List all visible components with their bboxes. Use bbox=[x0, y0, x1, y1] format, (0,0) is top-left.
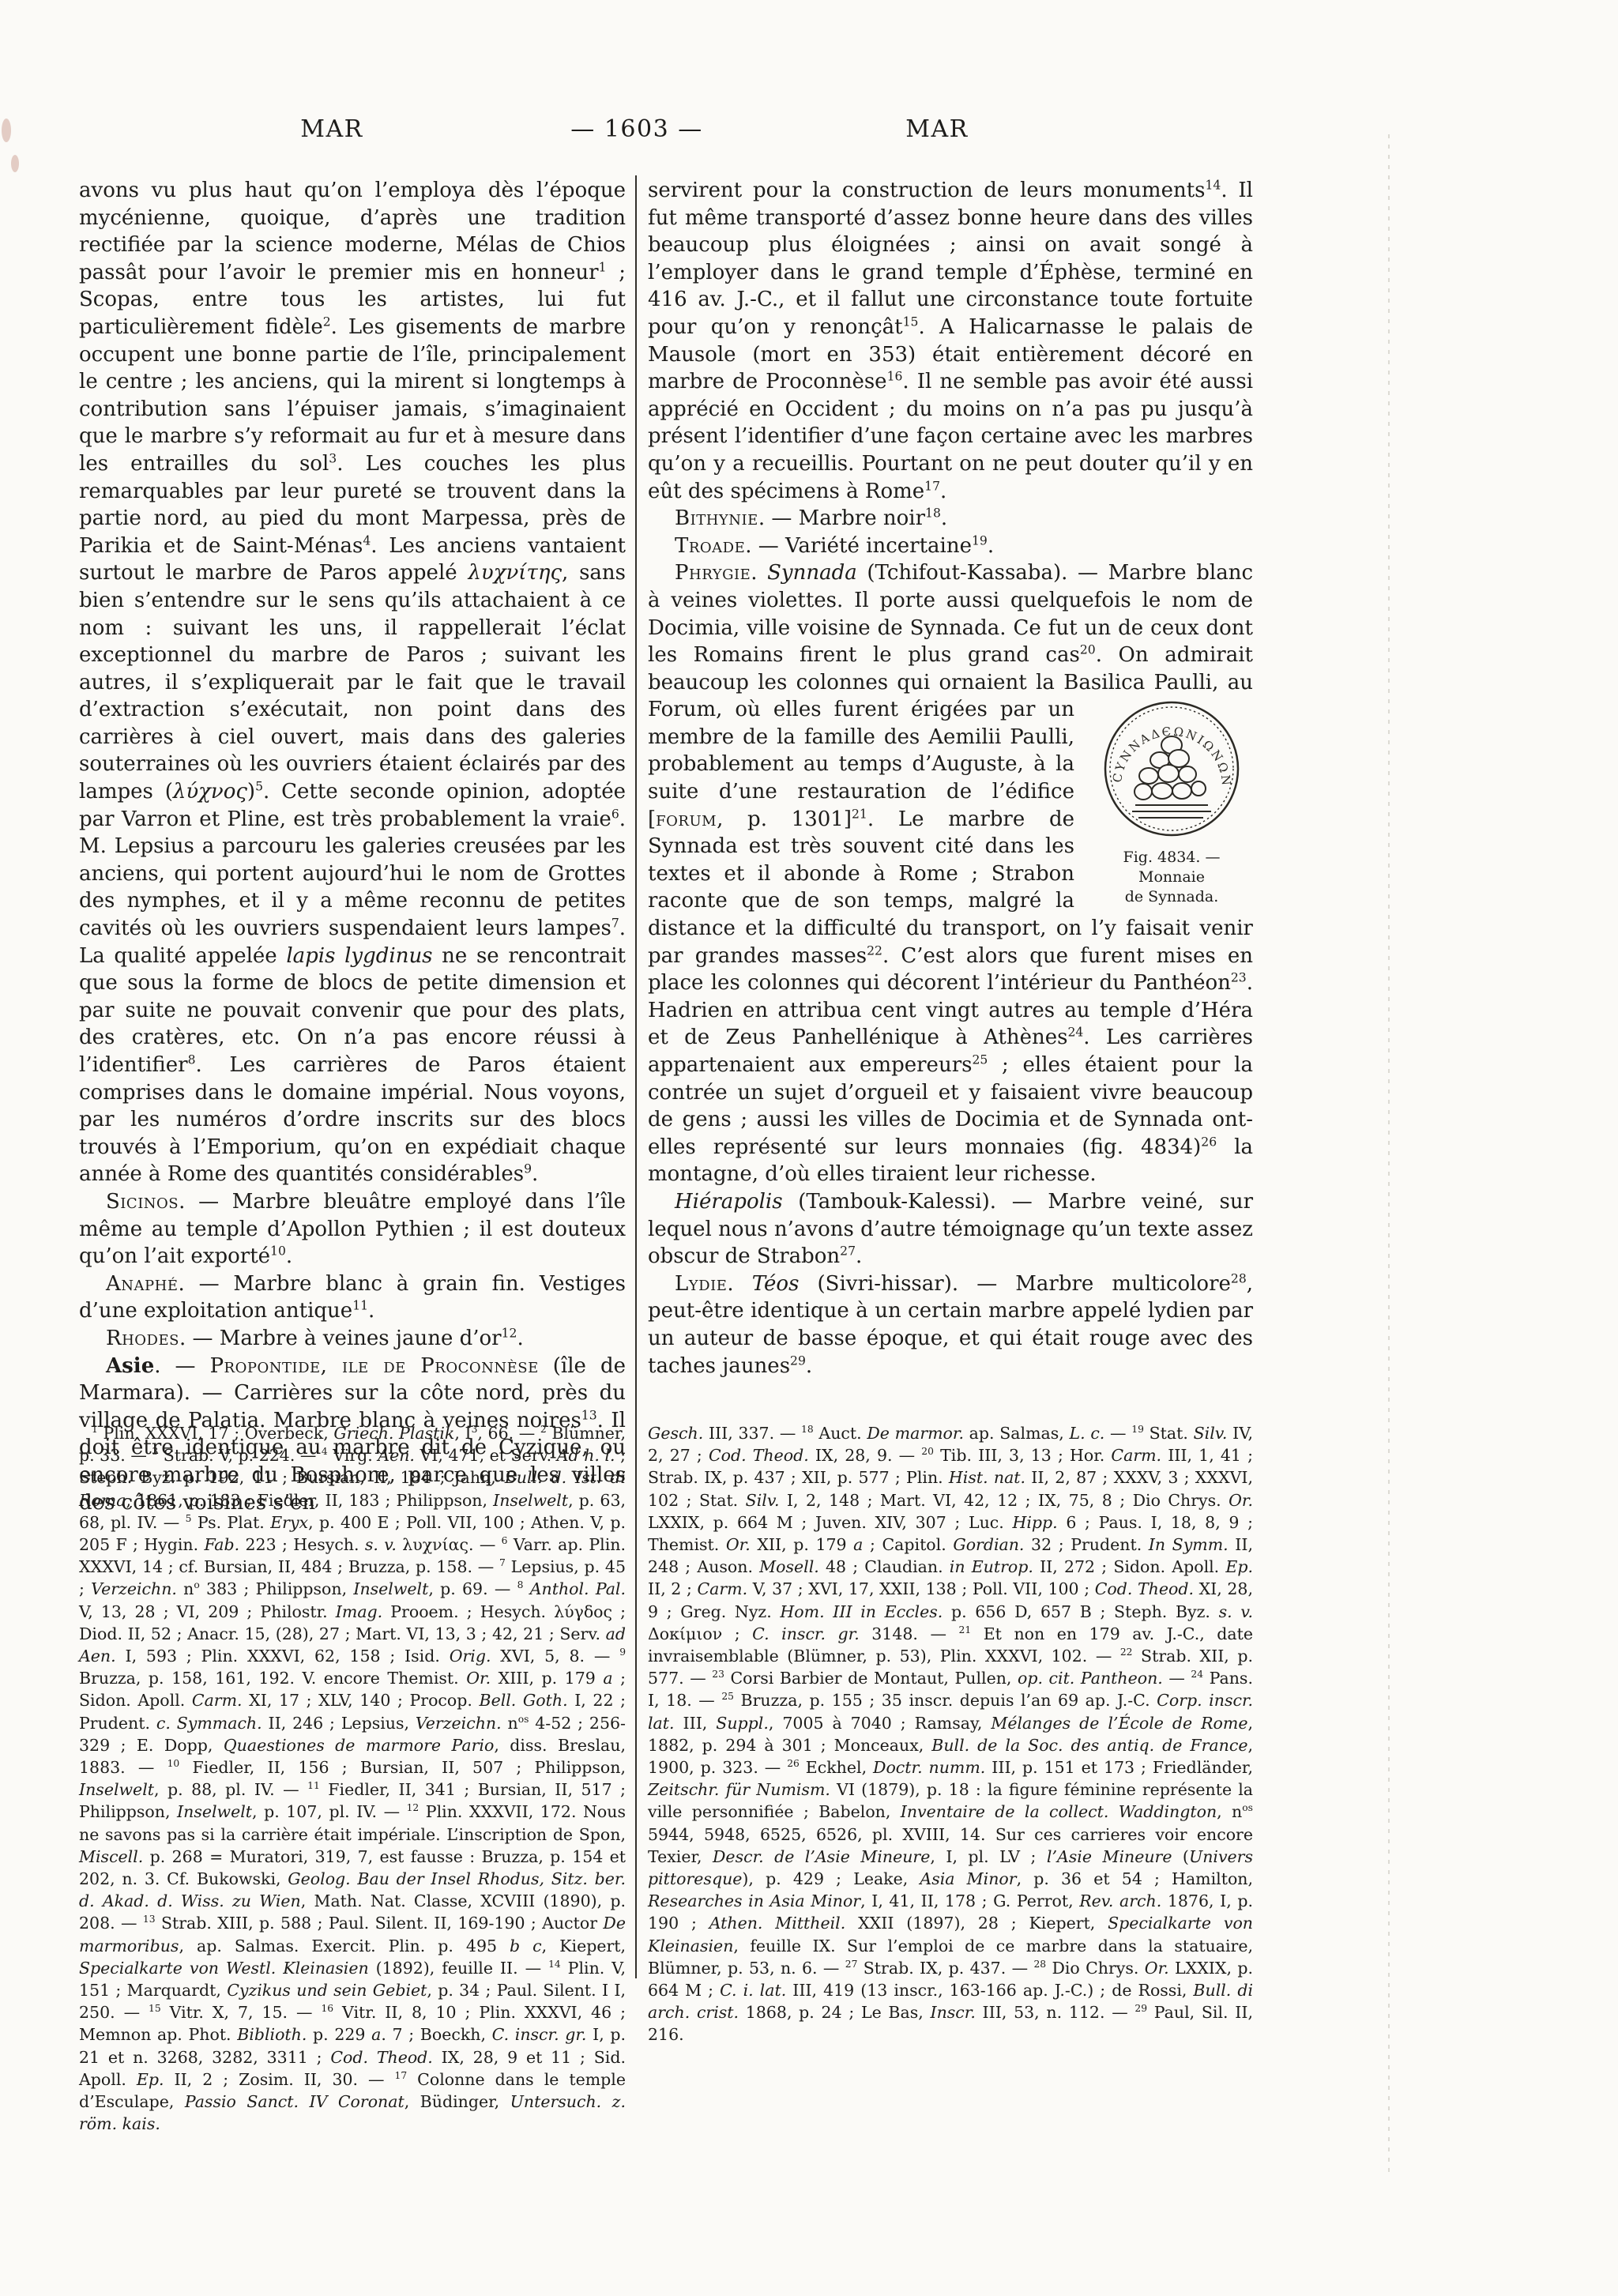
text-run: (1892), feuille II. — bbox=[369, 1959, 548, 1978]
text-run: — bbox=[1104, 1424, 1131, 1443]
paragraph: 1 Plin. XXXVI, 17 ; Overbeck, Griech. Pl… bbox=[79, 1422, 626, 2136]
text-run: Anaphé bbox=[106, 1272, 178, 1296]
page-fold-artifact bbox=[1388, 134, 1390, 2173]
text-run: Dio Chrys. bbox=[1046, 1959, 1145, 1978]
text-run: Passio Sanct. IV Coronat bbox=[185, 2092, 404, 2111]
text-run: I, 2, 148 ; Mart. VI, 42, 12 ; IX, 75, 8… bbox=[779, 1491, 1229, 1510]
text-run: . bbox=[940, 480, 946, 503]
footnote-reference: 18 bbox=[925, 506, 941, 520]
text-run: . bbox=[368, 1299, 374, 1323]
text-run: a bbox=[371, 2025, 381, 2044]
footnote-reference: 26 bbox=[1201, 1135, 1217, 1149]
paragraph: servirent pour la construction de leurs … bbox=[648, 177, 1253, 505]
paragraph: Anaphé. — Marbre blanc à grain fin. Vest… bbox=[79, 1270, 626, 1325]
text-run: s. v. bbox=[365, 1535, 397, 1554]
text-run: Silv. bbox=[746, 1491, 780, 1510]
text-run: I, 593 ; Plin. XXXVI, 62, 158 ; Isid. bbox=[116, 1647, 450, 1666]
text-run: Biblioth. bbox=[237, 2025, 307, 2044]
text-run: ap. Salmas, bbox=[964, 1424, 1070, 1443]
text-run: Verzeichn. bbox=[91, 1579, 177, 1598]
text-run: Téos bbox=[752, 1272, 800, 1296]
paragraph: Lydie. Téos (Sivri-hissar). — Marbre mul… bbox=[648, 1270, 1253, 1379]
text-run: Or. bbox=[726, 1535, 751, 1554]
footnote-reference: 2 bbox=[540, 1424, 547, 1435]
text-run: s. v. bbox=[1219, 1602, 1253, 1621]
text-run: Bull. de la Soc. des antiq. de France bbox=[931, 1736, 1247, 1755]
text-run: Or. bbox=[466, 1669, 491, 1688]
text-run: 383 ; Philippson, bbox=[200, 1579, 354, 1598]
text-run: Miscell. bbox=[79, 1847, 143, 1866]
text-run: C. inscr. gr. bbox=[752, 1624, 860, 1643]
text-run: lapis lygdinus bbox=[286, 944, 432, 968]
text-run: Fab. bbox=[204, 1535, 239, 1554]
footnote-reference: 4 bbox=[363, 533, 371, 548]
text-run: Hipp. bbox=[1012, 1513, 1057, 1532]
text-run: Suppl. bbox=[716, 1714, 769, 1733]
paragraph: Troade. — Variété incertaine19. bbox=[648, 533, 1253, 560]
footnote-reference: 24 bbox=[1191, 1669, 1203, 1680]
text-run: III, bbox=[675, 1714, 717, 1733]
text-run: 48 ; Claudian. bbox=[819, 1557, 950, 1576]
text-run: Fiedler, II, 156 ; Bursian, II, 507 ; Ph… bbox=[179, 1758, 626, 1777]
coin-image: CYNNAΔЄΩNIΩNΩN bbox=[1102, 698, 1241, 840]
text-run: De marmor. bbox=[867, 1424, 964, 1443]
text-run: ; Capitol. bbox=[863, 1535, 953, 1554]
text-run: Ps. Plat. bbox=[191, 1513, 270, 1532]
footnote-reference: 7 bbox=[499, 1557, 506, 1568]
footnote-reference: 15 bbox=[149, 2003, 161, 2014]
page-number: — 1603 — bbox=[570, 115, 702, 143]
text-run: Zeitschr. für Numism. bbox=[648, 1780, 830, 1799]
text-run: c. Symmach. bbox=[156, 1714, 262, 1733]
text-run: . bbox=[517, 1327, 523, 1350]
coin-base-lines bbox=[1132, 805, 1211, 818]
text-run: Hom. III in Eccles. bbox=[780, 1602, 943, 1621]
text-run: . bbox=[286, 1244, 292, 1268]
column-divider-rule bbox=[635, 175, 637, 1978]
text-run: servirent pour la construction de leurs … bbox=[648, 179, 1206, 202]
scanned-dictionary-page: MAR — 1603 — MAR avons vu plus haut qu’o… bbox=[0, 0, 1618, 2296]
text-run: , ap. Salmas. Exercit. Plin. p. 495 bbox=[179, 1937, 510, 1955]
text-run: Mosell. bbox=[759, 1557, 819, 1576]
text-run: Inscr. bbox=[930, 2003, 975, 2022]
text-run: Carm. bbox=[192, 1691, 243, 1710]
text-run: Bruzza, p. 158, 161, 192. V. encore Them… bbox=[79, 1669, 466, 1688]
text-run: in Eutrop. bbox=[950, 1557, 1033, 1576]
text-run: XII, p. 179 bbox=[751, 1535, 853, 1554]
text-run: forum bbox=[656, 807, 717, 831]
text-run: V, 13, 28 ; VI, 209 ; Philostr. bbox=[79, 1602, 336, 1621]
text-run: Or. bbox=[1145, 1959, 1169, 1978]
text-run: Asia Minor bbox=[920, 1869, 1016, 1888]
text-run: Vitr. X, 7, 15. — bbox=[161, 2003, 322, 2022]
text-run: Bell. Goth. bbox=[480, 1691, 568, 1710]
text-run: Carm. bbox=[1111, 1446, 1161, 1465]
footnote-reference: 22 bbox=[867, 943, 882, 958]
text-run: C. i. lat. bbox=[720, 1981, 786, 2000]
text-run: Hist. nat. bbox=[949, 1468, 1025, 1487]
text-run: , I, 41, II, 178 ; G. Perrot, bbox=[860, 1891, 1079, 1910]
footnote-reference: 17 bbox=[924, 479, 940, 493]
text-run: . bbox=[941, 506, 947, 530]
text-run: — bbox=[1163, 1669, 1191, 1688]
text-run: , 66. — bbox=[477, 1424, 540, 1443]
figure-caption-line1: Fig. 4834. — Monnaie bbox=[1090, 848, 1253, 887]
paragraph: Sicinos. — Marbre bleuâtre employé dans … bbox=[79, 1188, 626, 1270]
footnote-reference: 25 bbox=[972, 1052, 988, 1067]
text-run: . — Marbre noir bbox=[758, 506, 925, 530]
text-run: Inselwelt bbox=[493, 1491, 568, 1510]
text-run: , p. 1301] bbox=[717, 807, 852, 831]
text-run: ) bbox=[247, 780, 255, 804]
text-run: Eryx bbox=[270, 1513, 308, 1532]
footnote-reference: 20 bbox=[1080, 642, 1096, 657]
text-run: Eckhel, bbox=[800, 1758, 873, 1777]
footnote-reference: 16 bbox=[321, 2003, 333, 2014]
text-run: . bbox=[988, 534, 994, 558]
text-run: III, 419 (13 inscr., 163-166 ap. J.-C.) … bbox=[786, 1981, 1193, 2000]
text-run bbox=[523, 1579, 529, 1598]
footnote-reference: 16 bbox=[887, 370, 903, 384]
text-run: λυχνίας. — bbox=[397, 1535, 502, 1554]
paragraph: Bithynie. — Marbre noir18. bbox=[648, 505, 1253, 533]
footnote-reference: os bbox=[1242, 1803, 1253, 1814]
footnotes-right: Gesch. III, 337. — 18 Auct. De marmor. a… bbox=[648, 1422, 1253, 2046]
text-run: Phrygie bbox=[675, 561, 751, 585]
text-run: l’Asie Mineure bbox=[1047, 1847, 1172, 1866]
text-run: II, 2 ; bbox=[648, 1579, 697, 1598]
footnote-reference: 6 bbox=[611, 807, 619, 821]
text-run: . bbox=[532, 1162, 538, 1186]
text-run: Troade bbox=[675, 534, 745, 558]
running-head-left: MAR bbox=[300, 115, 363, 143]
footnote-reference: 1 bbox=[599, 260, 607, 274]
footnotes-left: 1 Plin. XXXVI, 17 ; Overbeck, Griech. Pl… bbox=[79, 1422, 626, 2136]
footnote-reference: 10 bbox=[167, 1758, 180, 1769]
footnote-reference: 11 bbox=[307, 1780, 320, 1791]
text-run: . bbox=[856, 1244, 862, 1268]
text-run: Ep. bbox=[137, 2070, 164, 2089]
text-run: VI, 471, et Serv. bbox=[415, 1446, 557, 1465]
footnote-reference: 23 bbox=[712, 1669, 724, 1680]
text-run: II, 272 ; Sidon. Apoll. bbox=[1033, 1557, 1225, 1576]
text-run: Cyzikus und sein Gebiet bbox=[227, 1981, 427, 2000]
footnote-reference: 14 bbox=[1206, 178, 1221, 192]
footnote-reference: 3 bbox=[329, 451, 337, 465]
text-run: , n bbox=[1217, 1802, 1242, 1821]
text-run: XIII, p. 179 bbox=[491, 1669, 603, 1688]
text-run: ( bbox=[1172, 1847, 1188, 1866]
footnote-reference: 13 bbox=[143, 1914, 156, 1925]
text-run: . — Variété incertaine bbox=[745, 534, 972, 558]
paragraph: Gesch. III, 337. — 18 Auct. De marmor. a… bbox=[648, 1422, 1253, 2046]
text-run: Inventaire de la collect. Waddington bbox=[901, 1802, 1217, 1821]
text-run: II, 2 ; Zosim. II, 30. — bbox=[164, 2070, 395, 2089]
text-run: n bbox=[177, 1579, 194, 1598]
text-run: XI, 17 ; XLV, 140 ; Procop. bbox=[243, 1691, 480, 1710]
text-run: II, 246 ; Lepsius, bbox=[262, 1714, 416, 1733]
text-run: Descr. de l’Asie Mineure bbox=[713, 1847, 930, 1866]
text-run: Gesch. bbox=[648, 1424, 703, 1443]
running-head-right: MAR bbox=[905, 115, 968, 143]
scan-stain bbox=[11, 155, 19, 172]
text-run: Orig. bbox=[450, 1647, 491, 1666]
text-run: . bbox=[806, 1354, 812, 1378]
footnote-reference: 29 bbox=[1134, 2003, 1147, 2014]
footnote-reference: 27 bbox=[840, 1244, 856, 1259]
text-run: , p. 107, pl. IV. — bbox=[252, 1802, 407, 1821]
footnote-reference: 9 bbox=[524, 1162, 532, 1176]
text-run: , I bbox=[454, 1424, 471, 1443]
text-run: p. 656 D, 657 B ; Steph. Byz. bbox=[943, 1602, 1218, 1621]
text-run: LXXIX, p. 664 M ; Juven. XIV, 307 ; Luc. bbox=[648, 1513, 1012, 1532]
text-run: Sicinos bbox=[106, 1190, 179, 1214]
figure-caption-line2: de Synnada. bbox=[1090, 887, 1253, 907]
text-run: Inselwelt bbox=[353, 1579, 428, 1598]
text-run: Verzeichn. bbox=[416, 1714, 502, 1733]
column-right: servirent pour la construction de leurs … bbox=[648, 177, 1253, 1379]
text-run: Virg. bbox=[328, 1446, 378, 1465]
text-run: . bbox=[727, 1272, 751, 1296]
text-run: Stat. bbox=[1144, 1424, 1194, 1443]
footnote-reference: 9 bbox=[619, 1647, 626, 1658]
text-run: Inselwelt bbox=[79, 1780, 154, 1799]
text-run: Cod. Theod. bbox=[330, 2048, 432, 2067]
text-run: 1868, p. 24 ; Le Bas, bbox=[739, 2003, 930, 2022]
column-left: avons vu plus haut qu’on l’employa dès l… bbox=[79, 177, 626, 1516]
text-run: Athen. Mittheil. bbox=[709, 1914, 846, 1933]
footnote-reference: 15 bbox=[903, 314, 919, 329]
text-run: b c bbox=[510, 1937, 542, 1955]
footnote-reference: 28 bbox=[1033, 1959, 1046, 1970]
footnote-reference: 12 bbox=[407, 1803, 420, 1814]
footnote-reference: 22 bbox=[1120, 1647, 1133, 1658]
text-run: , 7005 à 7040 ; Ramsay, bbox=[769, 1714, 991, 1733]
text-run: Or. bbox=[1229, 1491, 1253, 1510]
text-run: λυχνίτης bbox=[468, 561, 562, 585]
text-run: IX, 28, 9. — bbox=[809, 1446, 922, 1465]
text-run: op. cit. Pantheon. bbox=[1018, 1669, 1163, 1688]
text-run: Doctr. numm. bbox=[873, 1758, 985, 1777]
text-run: , p. 69. — bbox=[428, 1579, 517, 1598]
footnote-reference: 14 bbox=[548, 1959, 561, 1970]
text-run: Carm. bbox=[697, 1579, 747, 1598]
figure-monnaie-synnada: CYNNAΔЄΩNIΩNΩN bbox=[1090, 698, 1253, 907]
text-run: , 1861, p. 183 ; Fiedler, II, 183 ; Phil… bbox=[126, 1491, 493, 1510]
text-run: Δοκίμιον ; bbox=[648, 1624, 752, 1643]
text-run: Cod. Theod. bbox=[709, 1446, 809, 1465]
text-run: 223 ; Hesych. bbox=[239, 1535, 365, 1554]
footnote-reference: 12 bbox=[502, 1326, 517, 1340]
text-run: a bbox=[603, 1669, 612, 1688]
footnote-reference: 21 bbox=[959, 1624, 972, 1635]
text-run: , p. 88, pl. IV. — bbox=[154, 1780, 307, 1799]
footnote-reference: 13 bbox=[581, 1408, 597, 1422]
text-run: V, 37 ; XVI, 17, XXII, 138 ; Poll. VII, … bbox=[747, 1579, 1095, 1598]
text-run: p. 229 bbox=[307, 2025, 371, 2044]
paragraph: avons vu plus haut qu’on l’employa dès l… bbox=[79, 177, 626, 1188]
footnote-reference: 10 bbox=[270, 1244, 286, 1259]
footnote-reference: 26 bbox=[787, 1758, 800, 1769]
text-run: Silv. bbox=[1194, 1424, 1228, 1443]
paragraph: Hiérapolis (Tambouk-Kalessi). — Marbre v… bbox=[648, 1188, 1253, 1270]
text-run: . 7 ; Boeckh, bbox=[381, 2025, 491, 2044]
text-run: 32 ; Prudent. bbox=[1024, 1535, 1148, 1554]
text-run: Mélanges de l’École de Rome bbox=[991, 1714, 1247, 1733]
text-run: Strab. IX, p. 437. — bbox=[857, 1959, 1033, 1978]
text-run: , I, pl. LV ; bbox=[930, 1847, 1047, 1866]
text-run: Lydie bbox=[675, 1272, 727, 1296]
text-run: Gordian. bbox=[953, 1535, 1024, 1554]
text-run: Rhodes bbox=[106, 1327, 179, 1350]
text-run: n bbox=[502, 1714, 518, 1733]
text-run: λύχνος bbox=[173, 780, 247, 804]
text-run: Strab. XIII, p. 588 ; Paul. Silent. II, … bbox=[156, 1914, 604, 1933]
footnote-reference: o bbox=[194, 1580, 199, 1591]
text-run: . bbox=[751, 561, 767, 585]
footnote-reference: 20 bbox=[921, 1446, 934, 1457]
text-run: . — bbox=[154, 1354, 209, 1378]
text-run: Inselwelt bbox=[177, 1802, 252, 1821]
footnote-reference: os bbox=[518, 1714, 529, 1725]
footnote-reference: 8 bbox=[188, 1052, 196, 1067]
paragraph: Rhodes. — Marbre à veines jaune d’or12. bbox=[79, 1325, 626, 1353]
text-run: Rev. arch. bbox=[1079, 1891, 1161, 1910]
text-run: XVI, 5, 8. — bbox=[491, 1647, 620, 1666]
footnote-reference: 4 bbox=[322, 1446, 328, 1457]
text-run: III, p. 151 et 173 ; Friedländer, bbox=[985, 1758, 1253, 1777]
text-run: Specialkarte von Westl. Kleinasien bbox=[79, 1959, 369, 1978]
text-run: , Kiepert, bbox=[542, 1937, 626, 1955]
text-run: Griech. Plastik bbox=[333, 1424, 454, 1443]
text-run: Cod. Theod. bbox=[1095, 1579, 1194, 1598]
footnote-reference: 5 bbox=[255, 779, 263, 793]
text-run: Bruzza, p. 155 ; 35 inscr. depuis l’an 6… bbox=[734, 1691, 1157, 1710]
footnote-reference: 7 bbox=[611, 916, 619, 930]
footnote-reference: 24 bbox=[1067, 1026, 1083, 1040]
text-run: III, 337. — bbox=[703, 1424, 801, 1443]
text-run: Plin. XXXVI, 17 ; Overbeck, bbox=[98, 1424, 334, 1443]
text-run: a bbox=[853, 1535, 863, 1554]
text-run: (Sivri-hissar). — Marbre multicolore bbox=[799, 1272, 1230, 1296]
text-run: Propontide, ile de Proconnèse bbox=[210, 1354, 539, 1378]
footnote-reference: 18 bbox=[801, 1424, 814, 1435]
footnote-reference: 21 bbox=[852, 807, 867, 821]
footnote-reference: 23 bbox=[1231, 971, 1247, 985]
text-run: Corsi Barbier de Montaut, Pullen, bbox=[724, 1669, 1018, 1688]
footnote-reference: 29 bbox=[790, 1353, 806, 1368]
text-run: Ad h. l. bbox=[557, 1446, 615, 1465]
footnote-reference: 19 bbox=[1131, 1424, 1144, 1435]
text-run: Hiérapolis bbox=[675, 1190, 783, 1214]
footnote-reference: 11 bbox=[352, 1299, 368, 1313]
text-run: avons vu plus haut qu’on l’employa dès l… bbox=[79, 179, 626, 284]
footnote-reference: 28 bbox=[1231, 1271, 1247, 1285]
text-run: C. inscr. gr. bbox=[492, 2025, 587, 2044]
text-run: ), p. 429 ; Leake, bbox=[742, 1869, 920, 1888]
footnote-reference: 2 bbox=[323, 314, 331, 329]
text-run: 3148. — bbox=[860, 1624, 959, 1643]
footnote-reference: 1 bbox=[92, 1424, 98, 1435]
text-run: Imag. bbox=[336, 1602, 382, 1621]
footnote-reference: 17 bbox=[395, 2070, 408, 2081]
text-run: Anthol. Pal. bbox=[530, 1579, 626, 1598]
text-run: Synnada bbox=[767, 561, 857, 585]
text-run: , sans bien s’entendre sur le sens qu’il… bbox=[79, 561, 626, 804]
text-run: Tib. III, 3, 13 ; Hor. bbox=[934, 1446, 1111, 1465]
text-run: Aen. bbox=[378, 1446, 415, 1465]
text-run: XXII (1897), 28 ; Kiepert, bbox=[845, 1914, 1108, 1933]
scan-stain bbox=[2, 119, 11, 142]
text-run: III, 53, n. 112. — bbox=[976, 2003, 1135, 2022]
text-run: , Büdinger, bbox=[404, 2092, 510, 2111]
text-run: Auct. bbox=[814, 1424, 867, 1443]
text-run: Quaestiones de marmore Pario bbox=[224, 1736, 494, 1755]
text-run: Strab. V, p. 224. — bbox=[158, 1446, 322, 1465]
text-run: . — Marbre à veines jaune d’or bbox=[179, 1327, 502, 1350]
paragraph: Phrygie. Synnada (Tchifout-Kassaba). — M… bbox=[648, 559, 1253, 1188]
footnote-reference: 27 bbox=[845, 1959, 858, 1970]
text-run: In Symm. bbox=[1149, 1535, 1229, 1554]
text-run: Bithynie bbox=[675, 506, 758, 530]
text-run: Researches in Asia Minor bbox=[648, 1891, 860, 1910]
footnote-reference: 25 bbox=[721, 1692, 734, 1703]
text-run: L. c. bbox=[1069, 1424, 1104, 1443]
text-run: Asie bbox=[106, 1354, 154, 1378]
footnote-reference: 19 bbox=[972, 533, 988, 548]
text-run: , p. 36 et 54 ; Hamilton, bbox=[1017, 1869, 1253, 1888]
text-run: Ep. bbox=[1225, 1557, 1253, 1576]
